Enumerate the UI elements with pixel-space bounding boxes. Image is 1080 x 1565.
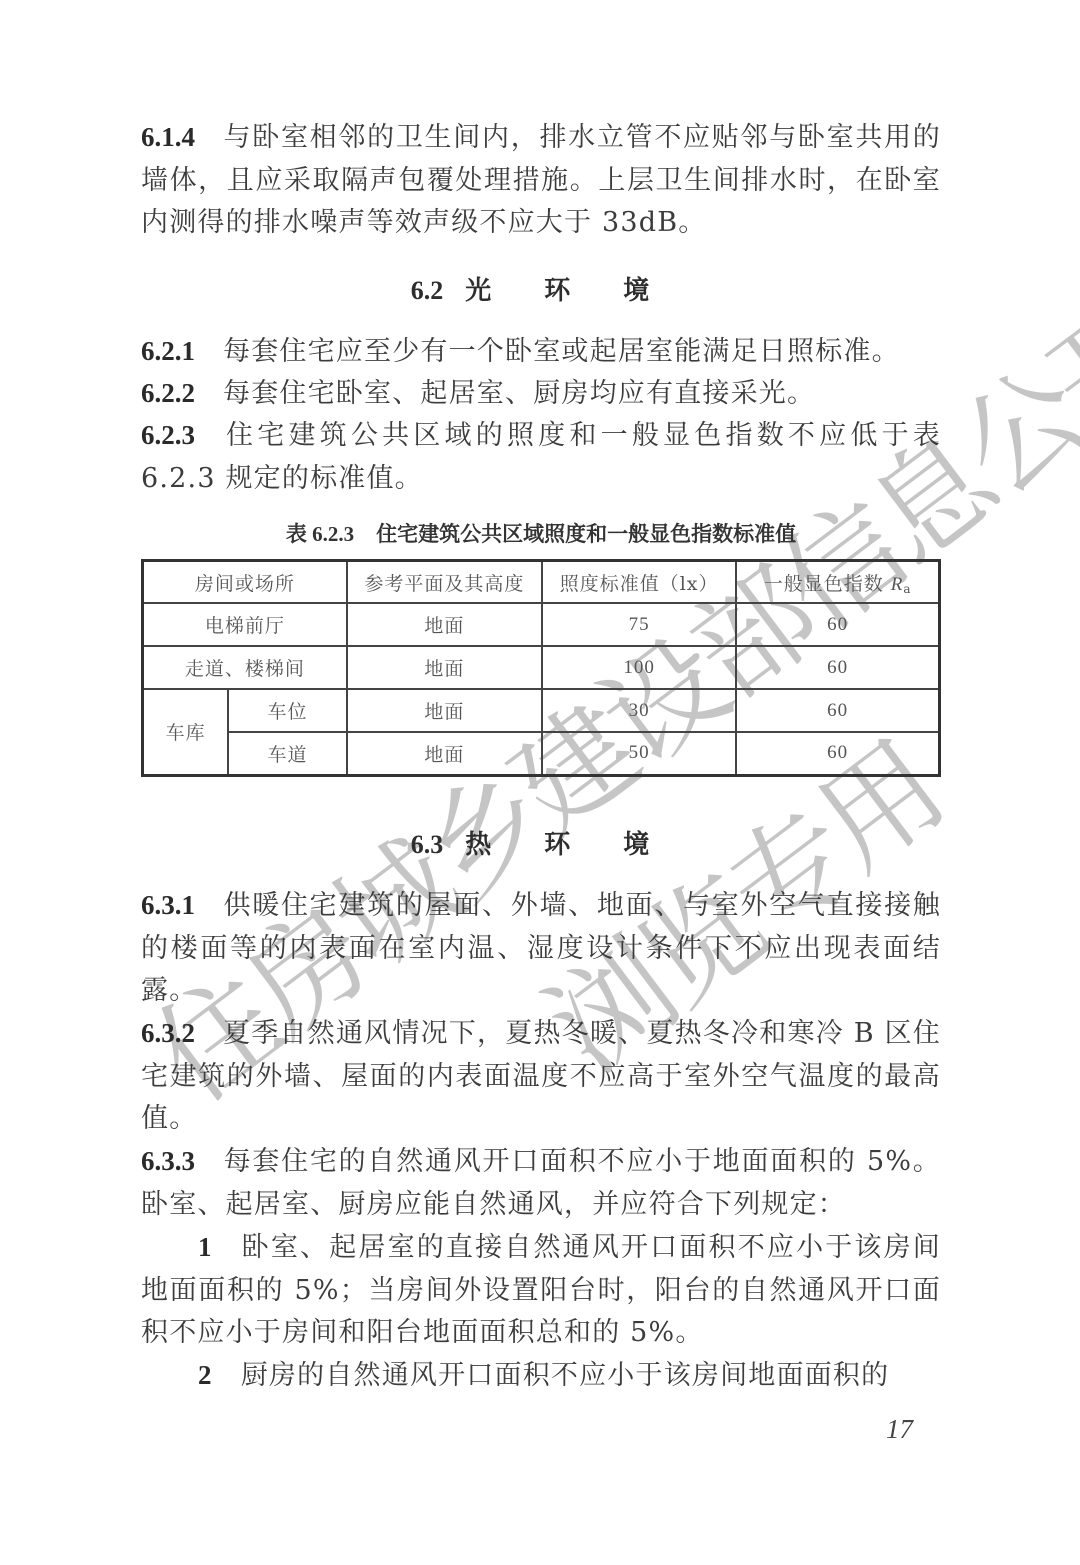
header-place: 房间或场所 bbox=[143, 561, 347, 604]
cell-illuminance: 30 bbox=[542, 689, 736, 732]
section-number: 6.3 bbox=[411, 830, 444, 859]
table-row: 走道、楼梯间 地面 100 60 bbox=[143, 646, 940, 689]
cell-cri: 60 bbox=[736, 603, 939, 646]
clause-number: 6.2.1 bbox=[141, 336, 195, 366]
cell-plane: 地面 bbox=[347, 732, 542, 775]
header-illuminance: 照度标准值（lx） bbox=[542, 561, 736, 604]
item-number: 1 bbox=[198, 1232, 213, 1262]
cell-illuminance: 75 bbox=[542, 603, 736, 646]
table-number: 表 6.2.3 bbox=[286, 522, 354, 546]
cell-cri: 60 bbox=[736, 689, 939, 732]
cri-label: 一般显色指数 bbox=[764, 573, 891, 595]
clause-text: 每套住宅卧室、起居室、厨房均应有直接采光。 bbox=[223, 378, 815, 409]
clause-text: 每套住宅应至少有一个卧室或起居室能满足日照标准。 bbox=[223, 336, 900, 367]
illuminance-table: 房间或场所 参考平面及其高度 照度标准值（lx） 一般显色指数 Ra 电梯前厅 … bbox=[141, 559, 941, 777]
cell-plane: 地面 bbox=[347, 689, 542, 732]
clause-text: 供暖住宅建筑的屋面、外墙、地面、与室外空气直接接触的楼面等的内表面在室内温、湿度… bbox=[141, 890, 941, 1006]
clause-6-1-4: 6.1.4与卧室相邻的卫生间内，排水立管不应贴邻与卧室共用的墙体，且应采取隔声包… bbox=[141, 116, 941, 245]
table-row: 车道 地面 50 60 bbox=[143, 732, 940, 775]
clause-number: 6.3.1 bbox=[141, 890, 195, 920]
clause-6-3-1: 6.3.1供暖住宅建筑的屋面、外墙、地面、与室外空气直接接触的楼面等的内表面在室… bbox=[141, 884, 941, 1013]
cell-place: 走道、楼梯间 bbox=[143, 646, 347, 689]
clause-6-2-2: 6.2.2每套住宅卧室、起居室、厨房均应有直接采光。 bbox=[141, 372, 941, 416]
section-heading-6-2: 6.2光 环 境 bbox=[141, 270, 941, 307]
list-item-1: 1卧室、起居室的直接自然通风开口面积不应小于该房间地面面积的 5%；当房间外设置… bbox=[141, 1226, 941, 1355]
table-row: 车库 车位 地面 30 60 bbox=[143, 689, 940, 732]
clause-text: 夏季自然通风情况下，夏热冬暖、夏热冬冷和寒冷 B 区住宅建筑的外墙、屋面的内表面… bbox=[141, 1018, 941, 1134]
cell-plane: 地面 bbox=[347, 646, 542, 689]
cell-cri: 60 bbox=[736, 646, 939, 689]
clause-number: 6.2.2 bbox=[141, 378, 195, 408]
cell-place: 车道 bbox=[228, 732, 347, 775]
clause-text: 每套住宅的自然通风开口面积不应小于地面面积的 5%。卧室、起居室、厨房应能自然通… bbox=[141, 1146, 941, 1220]
cell-cri: 60 bbox=[736, 732, 939, 775]
item-number: 2 bbox=[198, 1360, 213, 1390]
clause-text: 住宅建筑公共区域的照度和一般显色指数不应低于表 6.2.3 规定的标准值。 bbox=[141, 420, 941, 494]
table-row: 电梯前厅 地面 75 60 bbox=[143, 603, 940, 646]
header-cri: 一般显色指数 Ra bbox=[736, 561, 939, 604]
clause-6-2-1: 6.2.1每套住宅应至少有一个卧室或起居室能满足日照标准。 bbox=[141, 330, 941, 374]
page-number: 17 bbox=[886, 1414, 913, 1445]
item-text: 卧室、起居室的直接自然通风开口面积不应小于该房间地面面积的 5%；当房间外设置阳… bbox=[141, 1232, 941, 1348]
section-title: 光 环 境 bbox=[465, 276, 671, 306]
cell-place: 电梯前厅 bbox=[143, 603, 347, 646]
section-title: 热 环 境 bbox=[465, 830, 671, 860]
cell-plane: 地面 bbox=[347, 603, 542, 646]
clause-6-3-3: 6.3.3每套住宅的自然通风开口面积不应小于地面面积的 5%。卧室、起居室、厨房… bbox=[141, 1140, 941, 1226]
clause-6-2-3: 6.2.3住宅建筑公共区域的照度和一般显色指数不应低于表 6.2.3 规定的标准… bbox=[141, 414, 941, 500]
table-title: 住宅建筑公共区域照度和一般显色指数标准值 bbox=[376, 522, 796, 546]
cell-place: 车位 bbox=[228, 689, 347, 732]
clause-number: 6.3.3 bbox=[141, 1146, 195, 1176]
table-header-row: 房间或场所 参考平面及其高度 照度标准值（lx） 一般显色指数 Ra bbox=[143, 561, 940, 604]
item-text: 厨房的自然通风开口面积不应小于该房间地面面积的 bbox=[241, 1360, 890, 1391]
list-item-2: 2厨房的自然通风开口面积不应小于该房间地面面积的 bbox=[141, 1354, 941, 1398]
cri-symbol: R bbox=[891, 574, 904, 595]
cri-subscript: a bbox=[903, 582, 911, 596]
cell-group-garage: 车库 bbox=[143, 689, 229, 775]
table-caption: 表 6.2.3住宅建筑公共区域照度和一般显色指数标准值 bbox=[141, 518, 941, 548]
clause-text: 与卧室相邻的卫生间内，排水立管不应贴邻与卧室共用的墙体，且应采取隔声包覆处理措施… bbox=[141, 122, 941, 238]
header-reference-plane: 参考平面及其高度 bbox=[347, 561, 542, 604]
clause-number: 6.3.2 bbox=[141, 1018, 195, 1048]
cell-illuminance: 50 bbox=[542, 732, 736, 775]
cell-illuminance: 100 bbox=[542, 646, 736, 689]
clause-number: 6.2.3 bbox=[141, 420, 195, 450]
section-number: 6.2 bbox=[411, 276, 444, 305]
clause-number: 6.1.4 bbox=[141, 122, 195, 152]
clause-6-3-2: 6.3.2夏季自然通风情况下，夏热冬暖、夏热冬冷和寒冷 B 区住宅建筑的外墙、屋… bbox=[141, 1012, 941, 1141]
section-heading-6-3: 6.3热 环 境 bbox=[141, 824, 941, 861]
